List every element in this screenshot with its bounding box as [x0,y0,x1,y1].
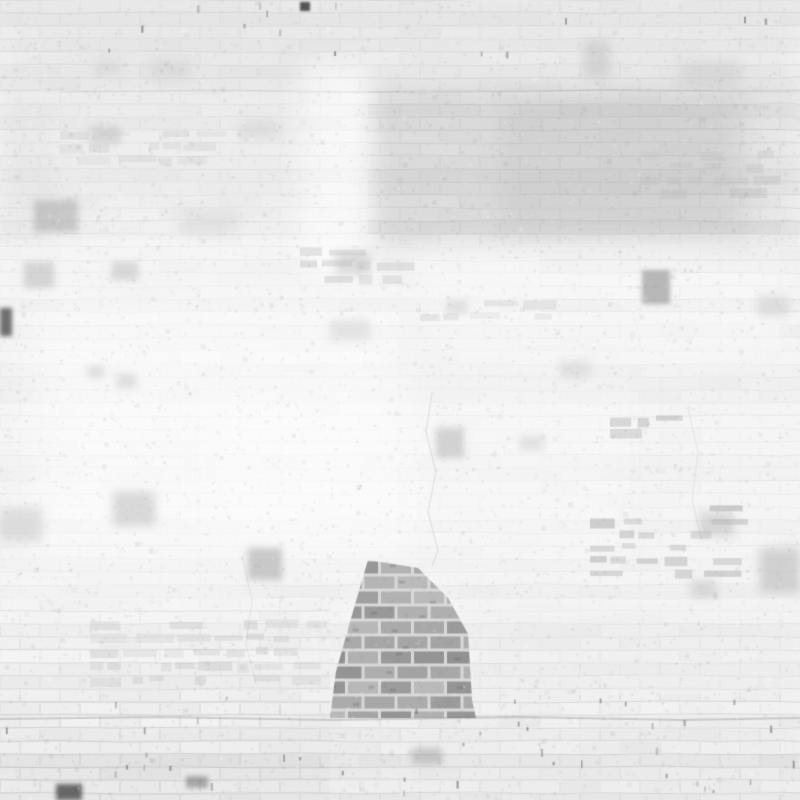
brick-wall-photo [0,0,800,800]
brick-wall-texture-canvas [0,0,800,800]
